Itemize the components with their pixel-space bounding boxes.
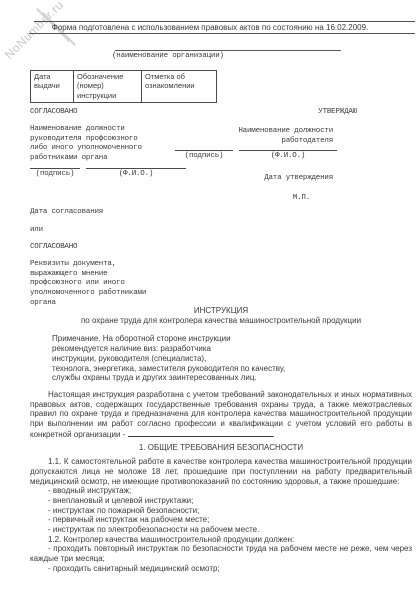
organization-name-line [115,50,341,51]
list-item: - первичный инструктаж на рабочем месте; [30,515,412,525]
union-role-text: Наименование должности руководителя проф… [30,125,142,164]
or-label: или [30,226,43,236]
agreed-label: СОГЛАСОВАНО [30,108,77,118]
organization-name-label: (наименование организации) [112,52,224,60]
approve-label: УТВЕРЖДАЮ [167,108,360,118]
intro-paragraph: Настоящая инструкция разработана с учето… [30,390,412,440]
prepared-notice: Форма подготовлена с использованием прав… [0,23,420,32]
signature-line-label: (подпись) [30,168,80,180]
blank-fill-line [128,429,273,437]
agreed-label-2: СОГЛАСОВАНО [30,243,77,253]
note-block: Примечание. На оборотной стороне инструк… [52,334,412,383]
issue-table-col-date: Дата выдачи [31,71,74,103]
table-row: Дата выдачи Обозначение (номер) инструкц… [31,71,217,103]
paragraph-1-2: 1.2. Контролер качества машиностроительн… [30,535,412,545]
issue-table: Дата выдачи Обозначение (номер) инструкц… [30,70,217,103]
list-item: - инструктаж по электробезопасности на р… [30,525,412,535]
signature-line-label: (подпись) [175,150,233,162]
union-document-details: Реквизиты документа, выражающего мнение … [30,260,146,309]
issue-table-col-ack: Отметка об ознакомлении [142,71,217,103]
agreement-date-label: Дата согласования [30,208,103,218]
document-subtitle: по охране труда для контролера качества … [30,316,412,326]
name-line-label: (Ф.И.О.) [239,150,337,162]
list-item: - проходить санитарный медицинский осмот… [30,564,412,574]
document-page: NoNumber.ru Форма подготовлена с использ… [0,0,420,600]
top-rule [34,21,415,22]
list-item: - проходить повторный инструктаж по безо… [30,544,412,563]
right-signature-row: (подпись) (Ф.И.О.) [147,150,360,162]
bottom-rule [29,33,415,34]
document-body: ИНСТРУКЦИЯ по охране труда для контролер… [30,306,412,574]
approval-block: СОГЛАСОВАНО Наименование должности руков… [30,105,360,305]
stamp-label: М.П. [120,194,360,204]
issue-table-col-number: Обозначение (номер) инструкции [74,71,142,103]
document-title: ИНСТРУКЦИЯ [30,306,412,316]
employer-role-text: Наименование должности работодателя [143,127,360,146]
list-item: - внеплановый и целевой инструктажи; [30,496,412,506]
approval-date-label: Дата утверждения [143,174,360,184]
intro-period: . [273,430,275,439]
list-item: - вводный инструктаж; [30,486,412,496]
paragraph-1-1: 1.1. К самостоятельной работе в качестве… [30,457,412,486]
section-1-heading: 1. ОБЩИЕ ТРЕБОВАНИЯ БЕЗОПАСНОСТИ [30,443,412,453]
list-item: - инструктаж по пожарной безопасности; [30,506,412,516]
